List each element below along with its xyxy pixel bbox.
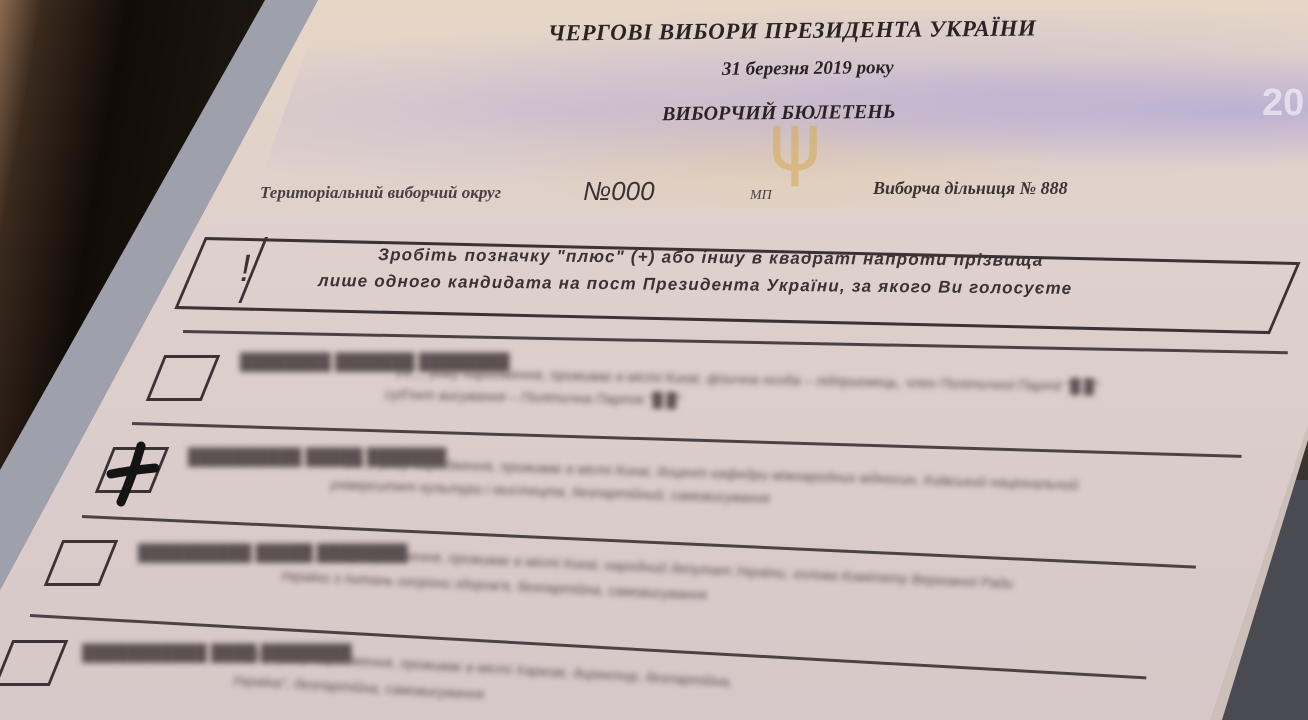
watermark-year: 20 <box>1262 82 1304 125</box>
seal-label: МП <box>750 188 772 204</box>
exclamation-icon: ! <box>240 248 251 291</box>
election-date: 31 березня 2019 року <box>722 57 894 81</box>
ballot-subtitle: ВИБОРЧИЙ БЮЛЕТЕНЬ <box>662 101 896 126</box>
ballot-paper: 20 ψ ЧЕРГОВІ ВИБОРИ ПРЕЗИДЕНТА УКРАЇНИ 3… <box>0 0 1308 720</box>
ballot-title: ЧЕРГОВІ ВИБОРИ ПРЕЗИДЕНТА УКРАЇНИ <box>548 15 1037 46</box>
district-label: Територіальний виборчий округ <box>260 183 501 203</box>
district-number: №000 <box>583 176 655 207</box>
polling-station-label: Виборча дільниця № 888 <box>873 178 1068 199</box>
plus-mark-icon <box>103 440 163 510</box>
